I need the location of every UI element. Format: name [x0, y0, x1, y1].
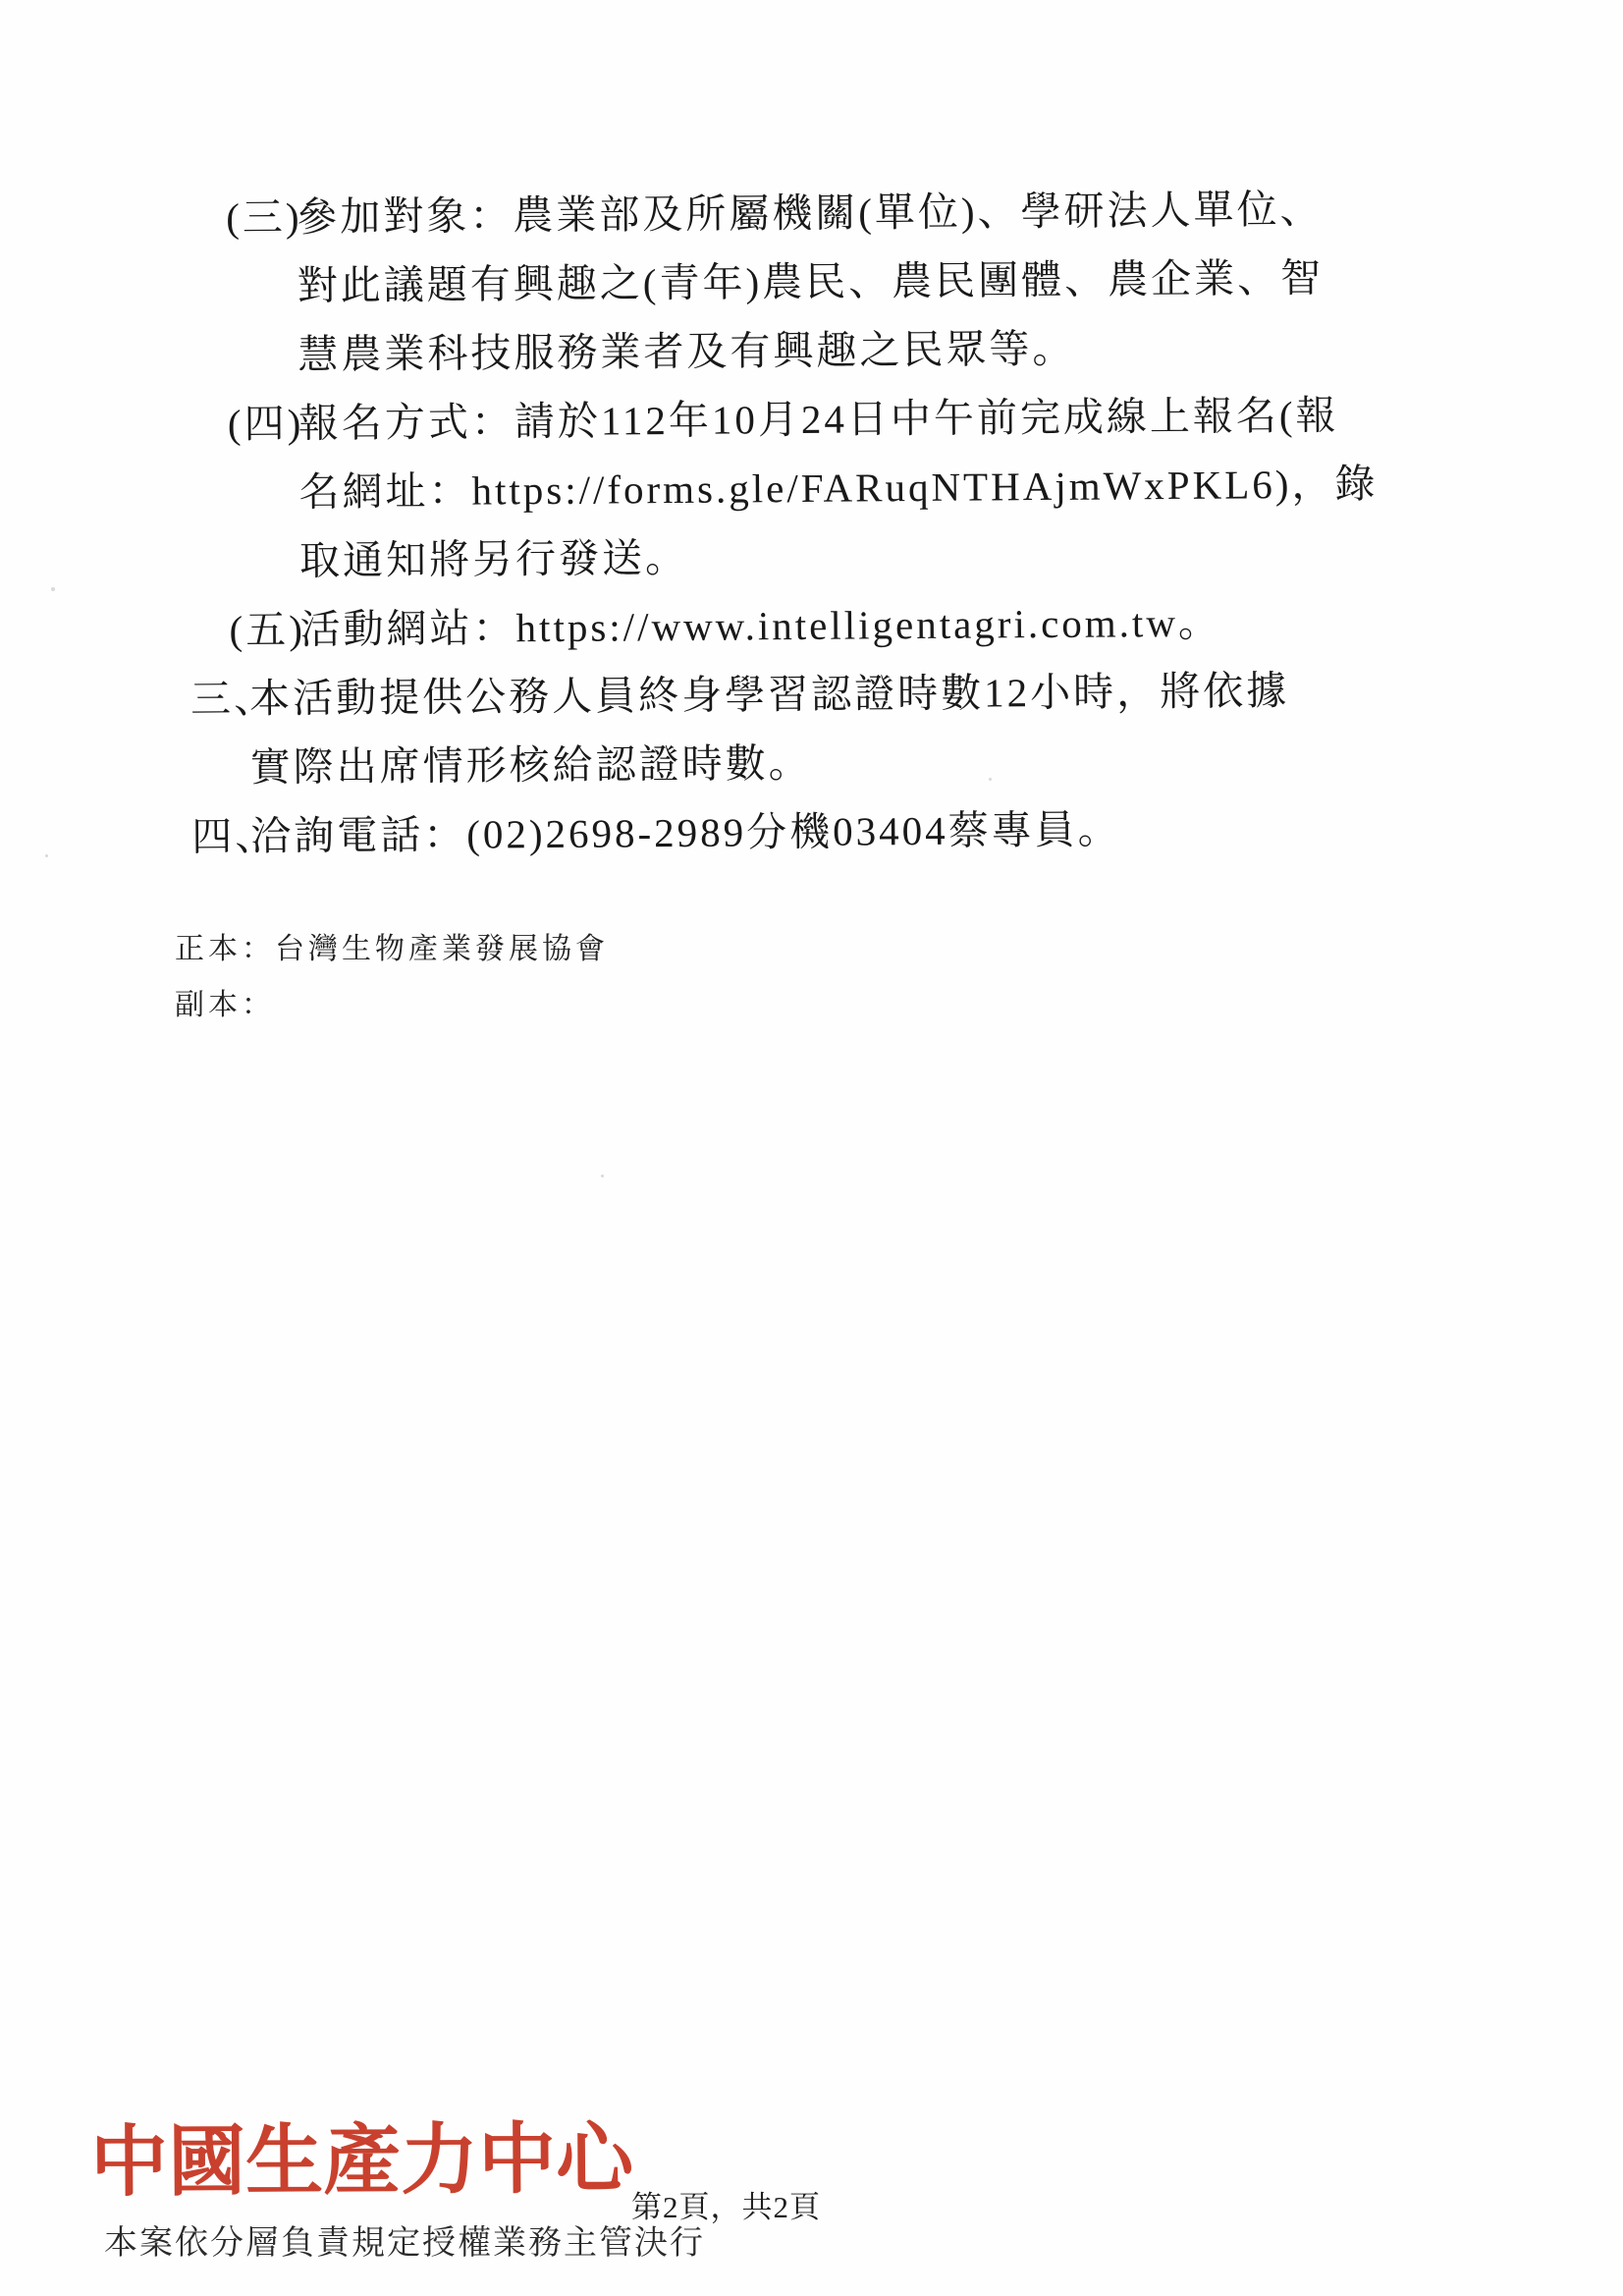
text-line: 慧農業科技服務業者及有興趣之民眾等。	[298, 309, 1623, 389]
item-lines: 本活動提供公務人員終身學習認證時數12小時，將依據 實際出席情形核給認證時數。	[249, 653, 1623, 801]
organization-stamp-logo: 中國生產力中心	[90, 2096, 634, 2212]
text-line: 取通知將另行發送。	[299, 516, 1623, 595]
scan-noise-speck	[989, 778, 992, 781]
text-line: 報名方式：請於112年10月24日中午前完成線上報名(報	[298, 378, 1623, 458]
text-line: 參加對象：農業部及所屬機關(單位)、學研法人單位、	[297, 172, 1623, 251]
text-line: 對此議題有興趣之(青年)農民、農民團體、農企業、智	[298, 241, 1623, 320]
text-line-contact-phone: 洽詢電話：(02)2698-2989分機03404蔡專員。	[250, 791, 1623, 870]
item-label: 三、	[190, 664, 250, 733]
item-label: (四)	[228, 389, 299, 459]
item-lines: 活動網站：https://www.intelligentagri.com.tw。	[299, 584, 1623, 664]
copy-recipient-label: 副本：	[175, 989, 275, 1021]
scan-noise-speck	[45, 854, 48, 857]
list-item-5: (五) 活動網站：https://www.intelligentagri.com…	[3, 584, 1623, 666]
list-item-3: (三) 參加對象：農業部及所屬機關(單位)、學研法人單位、 對此議題有興趣之(青…	[0, 172, 1623, 391]
item-label: (五)	[229, 595, 300, 665]
delegation-authority-note: 本案依分層負責規定授權業務主管決行	[104, 2215, 705, 2264]
item-label: (三)	[226, 183, 298, 252]
scanned-document-page: (三) 參加對象：農業部及所屬機關(單位)、學研法人單位、 對此議題有興趣之(青…	[0, 0, 1623, 2296]
copy-recipient-line: 副本：	[175, 977, 609, 1033]
text-line: 本活動提供公務人員終身學習認證時數12小時，將依據	[249, 653, 1623, 733]
item-label: 四、	[191, 801, 251, 870]
document-text-block: (三) 參加對象：農業部及所屬機關(單位)、學研法人單位、 對此議題有興趣之(青…	[0, 172, 1623, 872]
item-lines: 報名方式：請於112年10月24日中午前完成線上報名(報 名網址：https:/…	[298, 378, 1623, 595]
item-lines: 洽詢電話：(02)2698-2989分機03404蔡專員。	[250, 791, 1623, 870]
list-item-4: (四) 報名方式：請於112年10月24日中午前完成線上報名(報 名網址：htt…	[2, 378, 1623, 597]
text-line-registration-url: 名網址：https://forms.gle/FARuqNTHAjmWxPKL6)…	[298, 447, 1623, 526]
scan-noise-speck	[51, 587, 55, 591]
original-recipient-value: 台灣生物產業發展協會	[275, 933, 609, 965]
copies-block: 正本：台灣生物產業發展協會 副本：	[175, 921, 609, 1033]
scan-noise-speck	[601, 1175, 604, 1177]
text-line-event-website-url: 活動網站：https://www.intelligentagri.com.tw。	[299, 584, 1623, 664]
text-line: 實際出席情形核給認證時數。	[249, 722, 1623, 801]
original-recipient-line: 正本：台灣生物產業發展協會	[175, 921, 609, 977]
list-item-main-4: 四、 洽詢電話：(02)2698-2989分機03404蔡專員。	[5, 791, 1623, 872]
item-lines: 參加對象：農業部及所屬機關(單位)、學研法人單位、 對此議題有興趣之(青年)農民…	[297, 172, 1623, 389]
list-item-main-3: 三、 本活動提供公務人員終身學習認證時數12小時，將依據 實際出席情形核給認證時…	[4, 653, 1623, 803]
original-recipient-label: 正本：	[175, 933, 275, 965]
